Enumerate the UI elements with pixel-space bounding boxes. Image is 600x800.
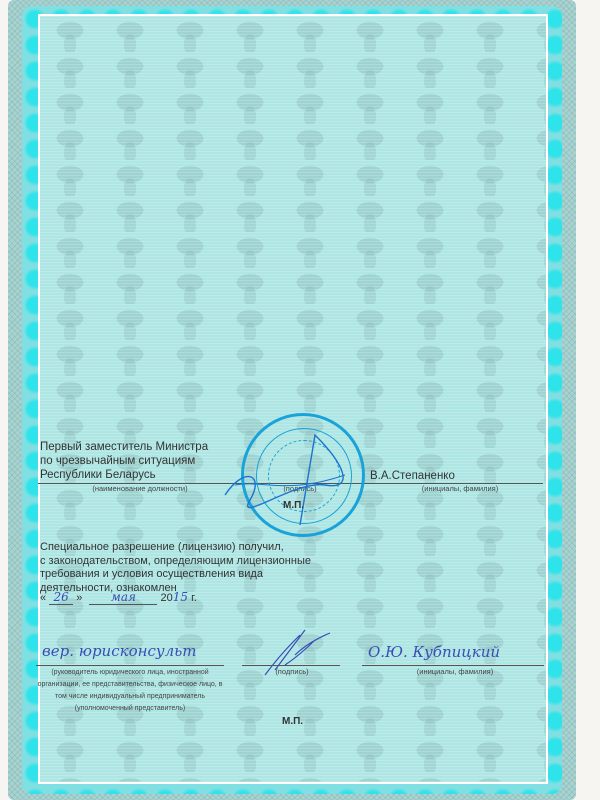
signatory-name: В.А.Степаненко [370, 469, 455, 483]
acknowledgement-text: Специальное разрешение (лицензию) получи… [40, 541, 311, 595]
position-caption: (наименование должности) [80, 484, 200, 493]
recipient-signature-line [242, 665, 340, 666]
position-line-2: по чрезвычайным ситуациям [40, 454, 208, 468]
recipient-name-handwritten: О.Ю. Кубпицкий [368, 643, 500, 661]
position-line-3: Республики Беларусь [40, 468, 208, 482]
recipient-name-line [362, 665, 544, 666]
acknowledgement-date: « 26 » мая 2015 г. [40, 590, 260, 606]
date-day: 26 [54, 590, 69, 604]
date-month: мая [111, 590, 136, 604]
recipient-position-caption: (руководитель юридического лица, иностра… [30, 667, 230, 715]
recipient-position-line [36, 665, 224, 666]
recipient-name-caption: (инициалы, фамилия) [400, 667, 510, 676]
recipient-signature-caption: (подпись) [262, 667, 322, 676]
seal-label-bottom: М.П. [282, 716, 303, 727]
date-year: 15 [173, 590, 188, 604]
signature-scribble [205, 425, 375, 535]
position-line-1: Первый заместитель Министра [40, 440, 208, 454]
seal-label-top: М.П. [283, 500, 304, 511]
recipient-position-handwritten: вер. юрисконсульт [42, 642, 197, 660]
signatory-position: Первый заместитель Министра по чрезвычай… [40, 440, 208, 482]
name-caption: (инициалы, фамилия) [405, 484, 515, 493]
